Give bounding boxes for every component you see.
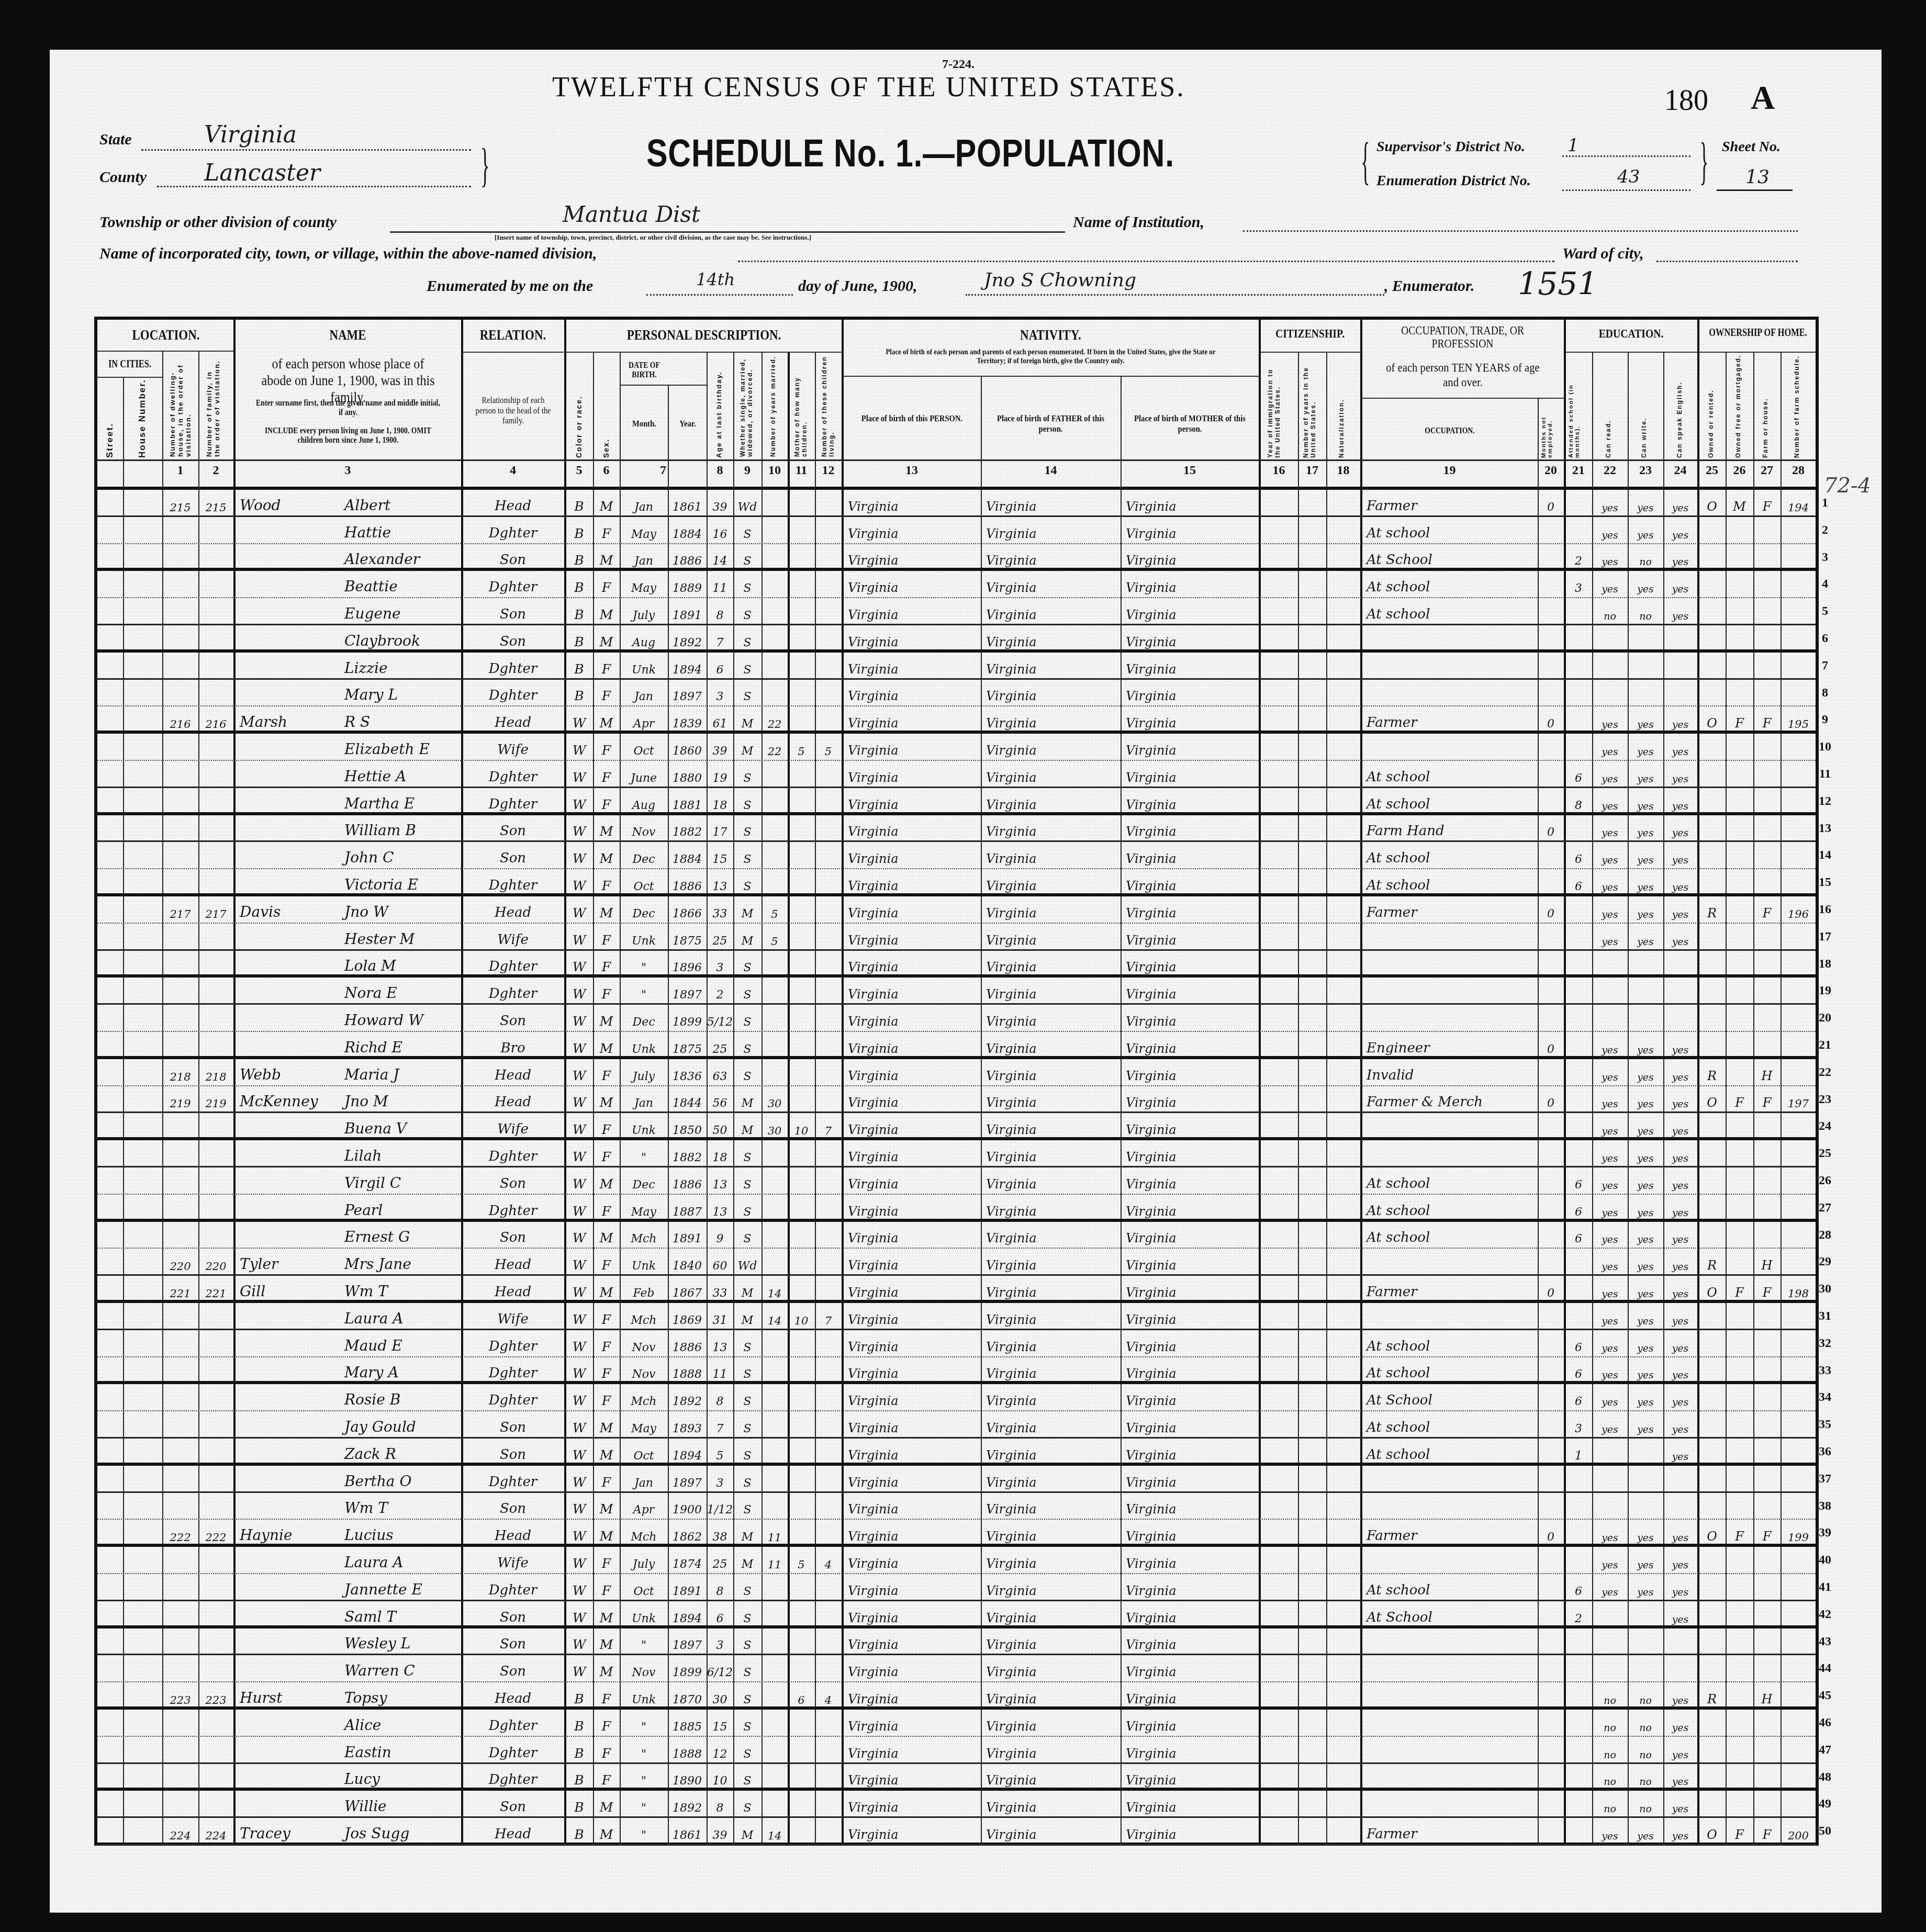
occupation[interactable]: [1361, 1764, 1538, 1791]
children-living[interactable]: 4: [815, 1682, 842, 1710]
owned-or-rented[interactable]: [1698, 1439, 1726, 1466]
table-row[interactable]: Laura A Wife W F July 1874 25 M 11 5 4 V…: [97, 1547, 1816, 1574]
birthplace-father[interactable]: Virginia: [981, 544, 1121, 571]
farm-schedule-number[interactable]: [1781, 1547, 1816, 1574]
dwelling-number[interactable]: [162, 1439, 198, 1466]
sex[interactable]: F: [593, 734, 620, 761]
sex[interactable]: F: [593, 788, 620, 815]
farm-schedule-number[interactable]: [1781, 680, 1816, 707]
birth-month[interactable]: Oct: [620, 734, 668, 761]
table-row[interactable]: Mary L Dghter B F Jan 1897 3 S Virginia …: [97, 680, 1816, 707]
months-unemployed[interactable]: [1538, 1167, 1564, 1195]
sex[interactable]: M: [593, 896, 620, 924]
speaks-english[interactable]: yes: [1663, 1411, 1697, 1439]
color[interactable]: W: [565, 761, 593, 788]
marital-status[interactable]: S: [733, 1655, 762, 1682]
free-or-mortgaged[interactable]: [1726, 680, 1753, 707]
birthplace-person[interactable]: Virginia: [843, 1655, 981, 1682]
given-name[interactable]: Alexander: [339, 544, 461, 571]
given-name[interactable]: Willie: [339, 1791, 461, 1818]
dwelling-number[interactable]: [162, 1655, 198, 1682]
attended-school[interactable]: 1: [1565, 1439, 1592, 1466]
speaks-english[interactable]: yes: [1663, 1764, 1697, 1791]
years-married[interactable]: [762, 571, 788, 598]
surname[interactable]: [234, 1574, 339, 1601]
owned-or-rented[interactable]: [1698, 978, 1726, 1005]
months-unemployed[interactable]: [1538, 1303, 1564, 1330]
surname[interactable]: [234, 1493, 339, 1520]
color[interactable]: W: [565, 1655, 593, 1682]
color[interactable]: W: [565, 1249, 593, 1276]
birth-year[interactable]: 1836: [668, 1059, 707, 1086]
family-number[interactable]: 220: [198, 1249, 233, 1276]
attended-school[interactable]: [1565, 734, 1592, 761]
years-married[interactable]: [762, 625, 788, 653]
farm-schedule-number[interactable]: [1781, 1710, 1816, 1737]
birth-year[interactable]: 1875: [668, 924, 707, 951]
mother-of-children[interactable]: [788, 1411, 815, 1439]
given-name[interactable]: Beattie: [339, 571, 461, 598]
color[interactable]: W: [565, 896, 593, 924]
marital-status[interactable]: M: [733, 896, 762, 924]
mother-of-children[interactable]: [788, 924, 815, 951]
free-or-mortgaged[interactable]: [1726, 1249, 1753, 1276]
birthplace-father[interactable]: Virginia: [981, 598, 1121, 625]
surname[interactable]: [234, 1737, 339, 1764]
years-married[interactable]: 22: [762, 734, 788, 761]
marital-status[interactable]: S: [733, 1737, 762, 1764]
age[interactable]: 39: [707, 734, 733, 761]
birthplace-father[interactable]: Virginia: [981, 1710, 1121, 1737]
farm-schedule-number[interactable]: [1781, 625, 1816, 653]
given-name[interactable]: William B: [339, 815, 461, 843]
birthplace-person[interactable]: Virginia: [843, 1140, 981, 1167]
birthplace-person[interactable]: Virginia: [843, 1330, 981, 1357]
birthplace-father[interactable]: Virginia: [981, 680, 1121, 707]
given-name[interactable]: R S: [339, 706, 461, 734]
age[interactable]: 14: [707, 544, 733, 571]
age[interactable]: 8: [707, 1574, 733, 1601]
attended-school[interactable]: [1565, 706, 1592, 734]
occupation[interactable]: At school: [1361, 1357, 1538, 1385]
birth-year[interactable]: 1860: [668, 734, 707, 761]
children-living[interactable]: [815, 1520, 842, 1547]
surname[interactable]: [234, 1764, 339, 1791]
children-living[interactable]: [815, 598, 842, 625]
given-name[interactable]: Jos Sugg: [339, 1818, 461, 1845]
occupation[interactable]: At School: [1361, 1384, 1538, 1411]
age[interactable]: 17: [707, 815, 733, 843]
occupation[interactable]: At school: [1361, 598, 1538, 625]
color[interactable]: B: [565, 1791, 593, 1818]
can-read[interactable]: no: [1592, 1764, 1628, 1791]
birthplace-mother[interactable]: Virginia: [1121, 1682, 1259, 1710]
relation[interactable]: Son: [462, 1493, 564, 1520]
attended-school[interactable]: [1565, 896, 1592, 924]
mother-of-children[interactable]: [788, 978, 815, 1005]
marital-status[interactable]: S: [733, 680, 762, 707]
birth-year[interactable]: 1861: [668, 1818, 707, 1845]
birth-year[interactable]: 1869: [668, 1303, 707, 1330]
free-or-mortgaged[interactable]: M: [1726, 490, 1753, 517]
sheet-value[interactable]: 13: [1745, 166, 1770, 188]
months-unemployed[interactable]: [1538, 1059, 1564, 1086]
marital-status[interactable]: M: [733, 1086, 762, 1114]
attended-school[interactable]: 6: [1565, 1574, 1592, 1601]
sex[interactable]: F: [593, 1547, 620, 1574]
dwelling-number[interactable]: [162, 1466, 198, 1493]
free-or-mortgaged[interactable]: [1726, 1005, 1753, 1032]
years-married[interactable]: [762, 1411, 788, 1439]
occupation[interactable]: [1361, 1249, 1538, 1276]
birthplace-mother[interactable]: Virginia: [1121, 1439, 1259, 1466]
birthplace-mother[interactable]: Virginia: [1121, 1140, 1259, 1167]
age[interactable]: 25: [707, 1032, 733, 1059]
occupation[interactable]: At school: [1361, 571, 1538, 598]
speaks-english[interactable]: [1663, 1493, 1697, 1520]
sex[interactable]: M: [593, 1655, 620, 1682]
free-or-mortgaged[interactable]: [1726, 1682, 1753, 1710]
children-living[interactable]: [815, 706, 842, 734]
can-read[interactable]: yes: [1592, 842, 1628, 869]
birthplace-mother[interactable]: Virginia: [1121, 653, 1259, 680]
color[interactable]: W: [565, 1439, 593, 1466]
surname[interactable]: [234, 761, 339, 788]
birth-year[interactable]: 1867: [668, 1276, 707, 1303]
owned-or-rented[interactable]: [1698, 815, 1726, 843]
given-name[interactable]: Eugene: [339, 598, 461, 625]
family-number[interactable]: [198, 1005, 233, 1032]
dwelling-number[interactable]: [162, 1710, 198, 1737]
marital-status[interactable]: S: [733, 1222, 762, 1249]
relation[interactable]: Head: [462, 1520, 564, 1547]
can-write[interactable]: [1628, 653, 1663, 680]
marital-status[interactable]: S: [733, 1764, 762, 1791]
color[interactable]: W: [565, 1086, 593, 1114]
birth-year[interactable]: 1884: [668, 842, 707, 869]
occupation[interactable]: [1361, 1547, 1538, 1574]
birth-month[interactable]: June: [620, 761, 668, 788]
surname[interactable]: [234, 978, 339, 1005]
mother-of-children[interactable]: 6: [788, 1682, 815, 1710]
owned-or-rented[interactable]: [1698, 1222, 1726, 1249]
birthplace-mother[interactable]: Virginia: [1121, 1710, 1259, 1737]
attended-school[interactable]: [1565, 1682, 1592, 1710]
mother-of-children[interactable]: [788, 1086, 815, 1114]
speaks-english[interactable]: yes: [1663, 1140, 1697, 1167]
years-married[interactable]: [762, 1710, 788, 1737]
can-write[interactable]: yes: [1628, 761, 1663, 788]
occupation[interactable]: At school: [1361, 1439, 1538, 1466]
marital-status[interactable]: S: [733, 1493, 762, 1520]
farm-or-house[interactable]: [1753, 1439, 1781, 1466]
owned-or-rented[interactable]: R: [1698, 1249, 1726, 1276]
given-name[interactable]: Bertha O: [339, 1466, 461, 1493]
color[interactable]: W: [565, 869, 593, 896]
can-read[interactable]: yes: [1592, 788, 1628, 815]
farm-schedule-number[interactable]: [1781, 924, 1816, 951]
can-read[interactable]: no: [1592, 1682, 1628, 1710]
farm-schedule-number[interactable]: [1781, 1059, 1816, 1086]
given-name[interactable]: Wesley L: [339, 1628, 461, 1656]
years-married[interactable]: [762, 1167, 788, 1195]
years-married[interactable]: [762, 490, 788, 517]
table-row[interactable]: 222 222 Haynie Lucius Head W M Mch 1862 …: [97, 1520, 1816, 1547]
farm-schedule-number[interactable]: [1781, 1384, 1816, 1411]
farm-or-house[interactable]: [1753, 734, 1781, 761]
free-or-mortgaged[interactable]: F: [1726, 1086, 1753, 1114]
birthplace-person[interactable]: Virginia: [843, 869, 981, 896]
birthplace-mother[interactable]: Virginia: [1121, 1113, 1259, 1140]
supervisor-value[interactable]: 1: [1567, 135, 1579, 156]
relation[interactable]: Head: [462, 1818, 564, 1845]
marital-status[interactable]: M: [733, 1520, 762, 1547]
owned-or-rented[interactable]: [1698, 1737, 1726, 1764]
given-name[interactable]: Saml T: [339, 1601, 461, 1628]
mother-of-children[interactable]: [788, 896, 815, 924]
dwelling-number[interactable]: 221: [162, 1276, 198, 1303]
birthplace-father[interactable]: Virginia: [981, 978, 1121, 1005]
free-or-mortgaged[interactable]: F: [1726, 1276, 1753, 1303]
birth-month[interactable]: May: [620, 571, 668, 598]
birthplace-person[interactable]: Virginia: [843, 1005, 981, 1032]
birthplace-person[interactable]: Virginia: [843, 1086, 981, 1114]
surname[interactable]: [234, 1303, 339, 1330]
years-married[interactable]: [762, 653, 788, 680]
birthplace-mother[interactable]: Virginia: [1121, 924, 1259, 951]
relation[interactable]: Dghter: [462, 1737, 564, 1764]
family-number[interactable]: 223: [198, 1682, 233, 1710]
age[interactable]: 39: [707, 490, 733, 517]
birth-year[interactable]: 1886: [668, 544, 707, 571]
mother-of-children[interactable]: [788, 625, 815, 653]
birthplace-person[interactable]: Virginia: [843, 544, 981, 571]
attended-school[interactable]: [1565, 951, 1592, 978]
age[interactable]: 7: [707, 1411, 733, 1439]
dwelling-number[interactable]: [162, 625, 198, 653]
surname[interactable]: [234, 1222, 339, 1249]
farm-schedule-number[interactable]: [1781, 653, 1816, 680]
mother-of-children[interactable]: 10: [788, 1113, 815, 1140]
can-write[interactable]: [1628, 625, 1663, 653]
sex[interactable]: M: [593, 1628, 620, 1656]
sex[interactable]: F: [593, 653, 620, 680]
color[interactable]: W: [565, 1059, 593, 1086]
relation[interactable]: Head: [462, 1249, 564, 1276]
dwelling-number[interactable]: [162, 761, 198, 788]
months-unemployed[interactable]: 0: [1538, 1276, 1564, 1303]
birthplace-mother[interactable]: Virginia: [1121, 1601, 1259, 1628]
dwelling-number[interactable]: [162, 1764, 198, 1791]
age[interactable]: 8: [707, 598, 733, 625]
farm-schedule-number[interactable]: 198: [1781, 1276, 1816, 1303]
attended-school[interactable]: [1565, 598, 1592, 625]
farm-or-house[interactable]: [1753, 544, 1781, 571]
birthplace-person[interactable]: Virginia: [843, 1059, 981, 1086]
can-read[interactable]: [1592, 653, 1628, 680]
years-married[interactable]: [762, 1222, 788, 1249]
family-number[interactable]: [198, 1032, 233, 1059]
speaks-english[interactable]: yes: [1663, 1574, 1697, 1601]
speaks-english[interactable]: yes: [1663, 1547, 1697, 1574]
color[interactable]: W: [565, 1357, 593, 1385]
farm-or-house[interactable]: H: [1753, 1682, 1781, 1710]
dwelling-number[interactable]: [162, 680, 198, 707]
age[interactable]: 61: [707, 706, 733, 734]
birth-year[interactable]: 1884: [668, 517, 707, 544]
farm-or-house[interactable]: [1753, 1167, 1781, 1195]
owned-or-rented[interactable]: [1698, 517, 1726, 544]
attended-school[interactable]: [1565, 1032, 1592, 1059]
occupation[interactable]: [1361, 680, 1538, 707]
birthplace-father[interactable]: Virginia: [981, 924, 1121, 951]
given-name[interactable]: Jno W: [339, 896, 461, 924]
dwelling-number[interactable]: [162, 653, 198, 680]
speaks-english[interactable]: yes: [1663, 1330, 1697, 1357]
owned-or-rented[interactable]: [1698, 1357, 1726, 1385]
can-write[interactable]: yes: [1628, 1140, 1663, 1167]
age[interactable]: 2: [707, 978, 733, 1005]
mother-of-children[interactable]: [788, 1737, 815, 1764]
sex[interactable]: F: [593, 1737, 620, 1764]
children-living[interactable]: [815, 896, 842, 924]
free-or-mortgaged[interactable]: [1726, 1059, 1753, 1086]
marital-status[interactable]: S: [733, 951, 762, 978]
can-read[interactable]: yes: [1592, 706, 1628, 734]
birthplace-mother[interactable]: Virginia: [1121, 1086, 1259, 1114]
owned-or-rented[interactable]: [1698, 1411, 1726, 1439]
relation[interactable]: Son: [462, 842, 564, 869]
given-name[interactable]: Hattie: [339, 517, 461, 544]
color[interactable]: W: [565, 1330, 593, 1357]
can-write[interactable]: yes: [1628, 1032, 1663, 1059]
table-row[interactable]: Virgil C Son W M Dec 1886 13 S Virginia …: [97, 1167, 1816, 1195]
can-write[interactable]: yes: [1628, 1059, 1663, 1086]
can-read[interactable]: yes: [1592, 1818, 1628, 1845]
can-write[interactable]: yes: [1628, 1520, 1663, 1547]
birthplace-mother[interactable]: Virginia: [1121, 842, 1259, 869]
birthplace-person[interactable]: Virginia: [843, 1737, 981, 1764]
free-or-mortgaged[interactable]: [1726, 1140, 1753, 1167]
table-row[interactable]: Rosie B Dghter W F Mch 1892 8 S Virginia…: [97, 1384, 1816, 1411]
owned-or-rented[interactable]: O: [1698, 1276, 1726, 1303]
free-or-mortgaged[interactable]: [1726, 1655, 1753, 1682]
years-married[interactable]: [762, 598, 788, 625]
given-name[interactable]: Eastin: [339, 1737, 461, 1764]
color[interactable]: W: [565, 1222, 593, 1249]
farm-or-house[interactable]: [1753, 1113, 1781, 1140]
free-or-mortgaged[interactable]: [1726, 1384, 1753, 1411]
birth-month[interactable]: July: [620, 1547, 668, 1574]
given-name[interactable]: Albert: [339, 490, 461, 517]
owned-or-rented[interactable]: [1698, 1140, 1726, 1167]
table-row[interactable]: Nora E Dghter W F " 1897 2 S Virginia Vi…: [97, 978, 1816, 1005]
free-or-mortgaged[interactable]: [1726, 1330, 1753, 1357]
speaks-english[interactable]: [1663, 1005, 1697, 1032]
dwelling-number[interactable]: 215: [162, 490, 198, 517]
children-living[interactable]: [815, 1276, 842, 1303]
birth-month[interactable]: Unk: [620, 1032, 668, 1059]
can-read[interactable]: yes: [1592, 1113, 1628, 1140]
dwelling-number[interactable]: [162, 1330, 198, 1357]
surname[interactable]: [234, 1655, 339, 1682]
occupation[interactable]: [1361, 1628, 1538, 1656]
farm-schedule-number[interactable]: [1781, 1791, 1816, 1818]
family-number[interactable]: [198, 1493, 233, 1520]
owned-or-rented[interactable]: [1698, 1547, 1726, 1574]
occupation[interactable]: Farmer: [1361, 490, 1538, 517]
relation[interactable]: Son: [462, 1628, 564, 1656]
can-write[interactable]: [1628, 1655, 1663, 1682]
occupation[interactable]: [1361, 978, 1538, 1005]
speaks-english[interactable]: [1663, 951, 1697, 978]
relation[interactable]: Dghter: [462, 1330, 564, 1357]
sex[interactable]: F: [593, 1682, 620, 1710]
birthplace-mother[interactable]: Virginia: [1121, 1059, 1259, 1086]
family-number[interactable]: [198, 978, 233, 1005]
farm-or-house[interactable]: [1753, 1411, 1781, 1439]
farm-schedule-number[interactable]: [1781, 1628, 1816, 1656]
surname[interactable]: Marsh: [234, 706, 339, 734]
can-read[interactable]: yes: [1592, 517, 1628, 544]
relation[interactable]: Wife: [462, 924, 564, 951]
owned-or-rented[interactable]: [1698, 625, 1726, 653]
birthplace-mother[interactable]: Virginia: [1121, 625, 1259, 653]
can-write[interactable]: yes: [1628, 1303, 1663, 1330]
relation[interactable]: Wife: [462, 1547, 564, 1574]
age[interactable]: 9: [707, 1222, 733, 1249]
speaks-english[interactable]: [1663, 680, 1697, 707]
birth-month[interactable]: Jan: [620, 544, 668, 571]
free-or-mortgaged[interactable]: F: [1726, 1818, 1753, 1845]
color[interactable]: W: [565, 1113, 593, 1140]
can-write[interactable]: yes: [1628, 788, 1663, 815]
mother-of-children[interactable]: [788, 1357, 815, 1385]
birth-month[interactable]: Apr: [620, 706, 668, 734]
family-number[interactable]: [198, 625, 233, 653]
free-or-mortgaged[interactable]: [1726, 1737, 1753, 1764]
speaks-english[interactable]: yes: [1663, 869, 1697, 896]
occupation[interactable]: At school: [1361, 869, 1538, 896]
family-number[interactable]: [198, 598, 233, 625]
sex[interactable]: M: [593, 1520, 620, 1547]
given-name[interactable]: Jay Gould: [339, 1411, 461, 1439]
sex[interactable]: F: [593, 1113, 620, 1140]
attended-school[interactable]: [1565, 1466, 1592, 1493]
given-name[interactable]: Mary A: [339, 1357, 461, 1385]
surname[interactable]: Haynie: [234, 1520, 339, 1547]
children-living[interactable]: [815, 1195, 842, 1222]
dwelling-number[interactable]: [162, 544, 198, 571]
table-row[interactable]: Beattie Dghter B F May 1889 11 S Virgini…: [97, 571, 1816, 598]
surname[interactable]: Tyler: [234, 1249, 339, 1276]
birth-month[interactable]: Nov: [620, 1357, 668, 1385]
can-write[interactable]: yes: [1628, 1222, 1663, 1249]
birthplace-person[interactable]: Virginia: [843, 490, 981, 517]
family-number[interactable]: 216: [198, 706, 233, 734]
can-write[interactable]: yes: [1628, 1167, 1663, 1195]
children-living[interactable]: [815, 544, 842, 571]
occupation[interactable]: [1361, 1791, 1538, 1818]
occupation[interactable]: At school: [1361, 1574, 1538, 1601]
mother-of-children[interactable]: [788, 1330, 815, 1357]
occupation[interactable]: At school: [1361, 1195, 1538, 1222]
farm-or-house[interactable]: [1753, 571, 1781, 598]
farm-or-house[interactable]: [1753, 1601, 1781, 1628]
free-or-mortgaged[interactable]: [1726, 1222, 1753, 1249]
age[interactable]: 7: [707, 625, 733, 653]
birthplace-father[interactable]: Virginia: [981, 1818, 1121, 1845]
